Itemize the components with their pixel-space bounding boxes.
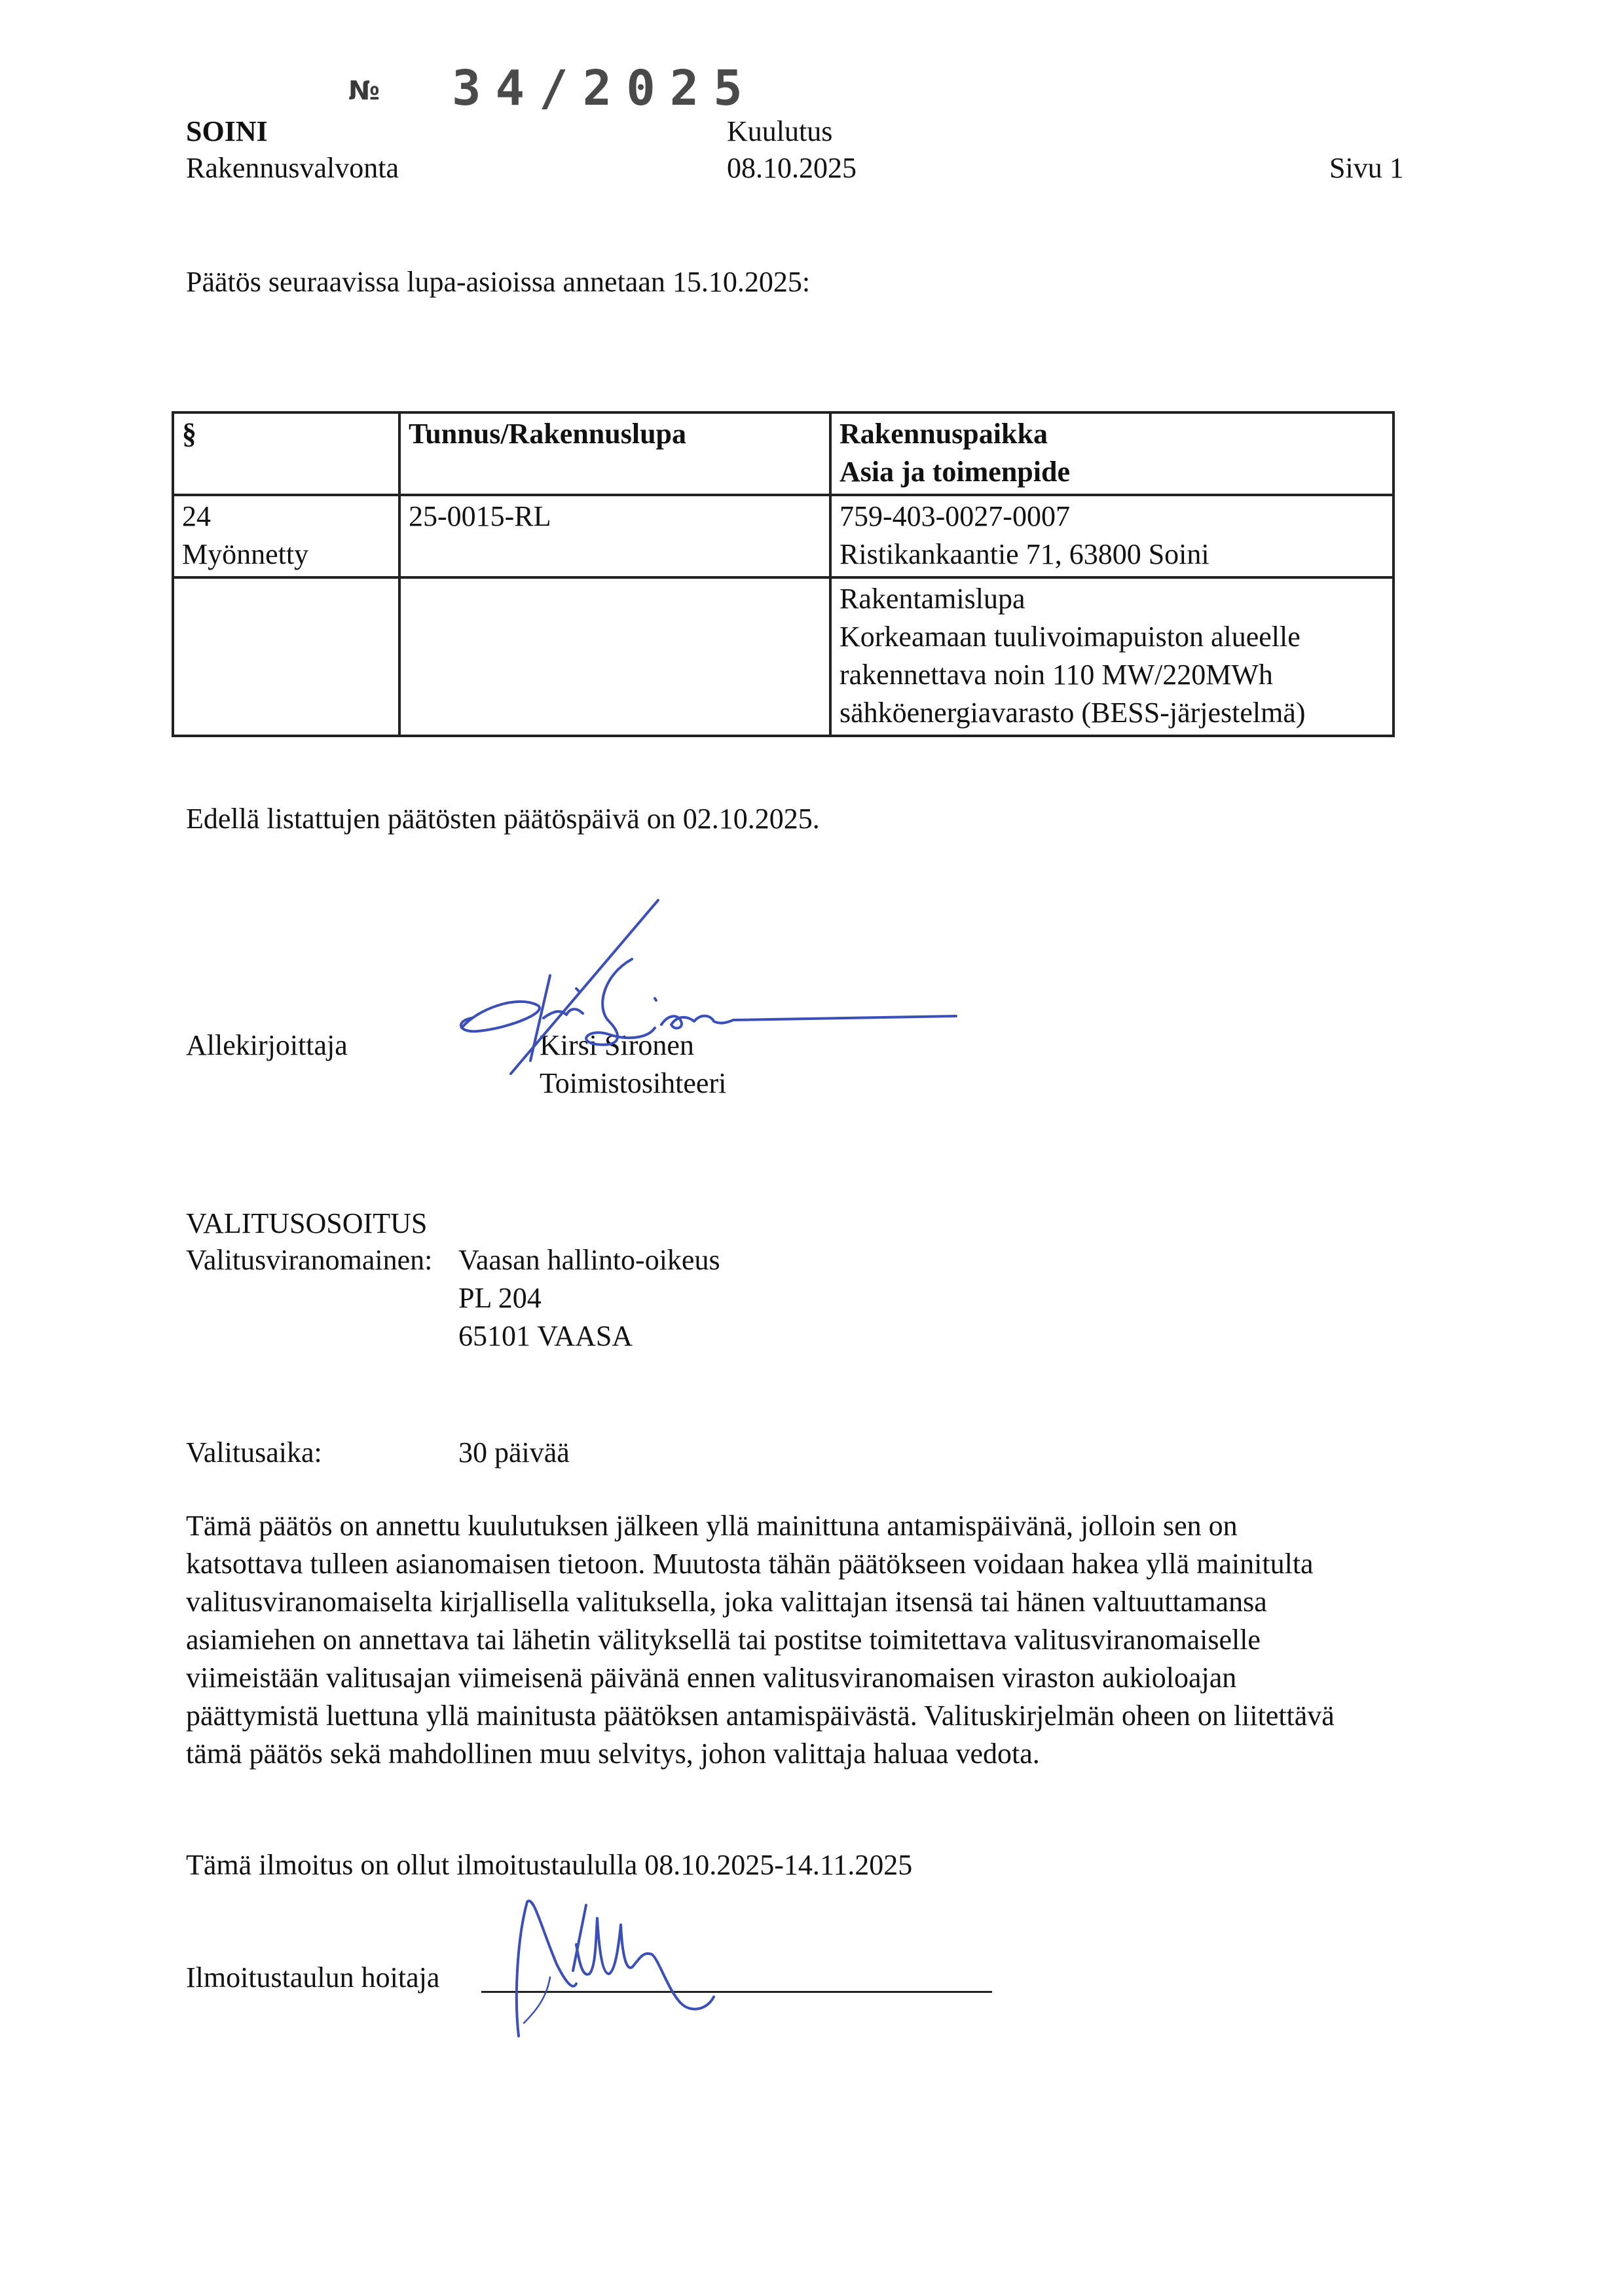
cell-location: 759-403-0027-0007 Ristikankaantie 71, 63… <box>830 495 1393 577</box>
document-page: № 34/2025 SOINI Rakennusvalvonta Kuulutu… <box>0 0 1624 2296</box>
signature-icon <box>511 1899 773 2043</box>
description-line: sähköenergiavarasto (BESS-järjestelmä) <box>840 694 1384 732</box>
cell-section: 24 Myönnetty <box>173 495 399 577</box>
decision-status: Myönnetty <box>182 536 390 574</box>
appeal-text-line: Tämä päätös on annettu kuulutuksen jälke… <box>186 1507 1430 1545</box>
appeal-period-label: Valitusaika: <box>186 1434 322 1472</box>
decision-date-text: Edellä listattujen päätösten päätöspäivä… <box>186 800 820 838</box>
document-date: 08.10.2025 <box>727 149 857 187</box>
stamp-number-sign: № <box>348 76 377 106</box>
header-location: Rakennuspaikka Asia ja toimenpide <box>830 412 1393 495</box>
municipality-name: SOINI <box>186 113 268 151</box>
appeal-heading: VALITUSOSOITUS <box>186 1205 427 1243</box>
appeal-period-value: 30 päivää <box>458 1434 570 1472</box>
property-id: 759-403-0027-0007 <box>840 498 1384 536</box>
header-permit-id: Tunnus/Rakennuslupa <box>399 412 830 495</box>
signature-icon <box>452 897 989 1093</box>
appeal-text-line: asiamiehen on annettava tai lähetin väli… <box>186 1621 1430 1659</box>
signer-label: Allekirjoittaja <box>186 1027 348 1065</box>
appeal-text-line: tämä päätös sekä mahdollinen muu selvity… <box>186 1735 1430 1773</box>
appeal-instructions: Tämä päätös on annettu kuulutuksen jälke… <box>186 1507 1430 1773</box>
cell-description: Rakentamislupa Korkeamaan tuulivoimapuis… <box>830 577 1393 736</box>
decision-table: § Tunnus/Rakennuslupa Rakennuspaikka Asi… <box>172 411 1395 737</box>
table-row-description: Rakentamislupa Korkeamaan tuulivoimapuis… <box>173 577 1393 736</box>
header-location-line2: Asia ja toimenpide <box>840 453 1384 491</box>
cell-empty-2 <box>399 577 830 736</box>
header-section: § <box>173 412 399 495</box>
header-location-line1: Rakennuspaikka <box>840 415 1384 453</box>
description-line: Korkeamaan tuulivoimapuiston alueelle <box>840 618 1384 656</box>
appeal-authority-name: Vaasan hallinto-oikeus <box>458 1241 720 1279</box>
document-type: Kuulutus <box>727 113 832 151</box>
notice-board-period: Tämä ilmoitus on ollut ilmoitustaululla … <box>186 1846 912 1884</box>
table-row: 24 Myönnetty 25-0015-RL 759-403-0027-000… <box>173 495 1393 577</box>
description-line: Rakentamislupa <box>840 580 1384 618</box>
section-number: 24 <box>182 498 390 536</box>
notice-board-keeper-label: Ilmoitustaulun hoitaja <box>186 1959 439 1997</box>
description-line: rakennettava noin 110 MW/220MWh <box>840 656 1384 694</box>
permit-id: 25-0015-RL <box>409 498 821 536</box>
stamp-number: 34/2025 <box>452 60 757 117</box>
appeal-text-line: päättymistä luettuna yllä mainitusta pää… <box>186 1697 1430 1735</box>
appeal-text-line: viimeistään valitusajan viimeisenä päivä… <box>186 1659 1430 1697</box>
cell-empty-1 <box>173 577 399 736</box>
department-name: Rakennusvalvonta <box>186 149 399 187</box>
appeal-text-line: valitusviranomaiselta kirjallisella vali… <box>186 1583 1430 1621</box>
appeal-authority-label: Valitusviranomainen: <box>186 1241 432 1279</box>
appeal-address-line2: 65101 VAASA <box>458 1317 633 1355</box>
appeal-address-line1: PL 204 <box>458 1279 542 1317</box>
table-header-row: § Tunnus/Rakennuslupa Rakennuspaikka Asi… <box>173 412 1393 495</box>
appeal-text-line: katsottava tulleen asianomaisen tietoon.… <box>186 1545 1430 1583</box>
property-address: Ristikankaantie 71, 63800 Soini <box>840 536 1384 574</box>
page-number: Sivu 1 <box>1329 149 1404 187</box>
cell-permit-id: 25-0015-RL <box>399 495 830 577</box>
intro-text: Päätös seuraavissa lupa-asioissa annetaa… <box>186 263 810 301</box>
